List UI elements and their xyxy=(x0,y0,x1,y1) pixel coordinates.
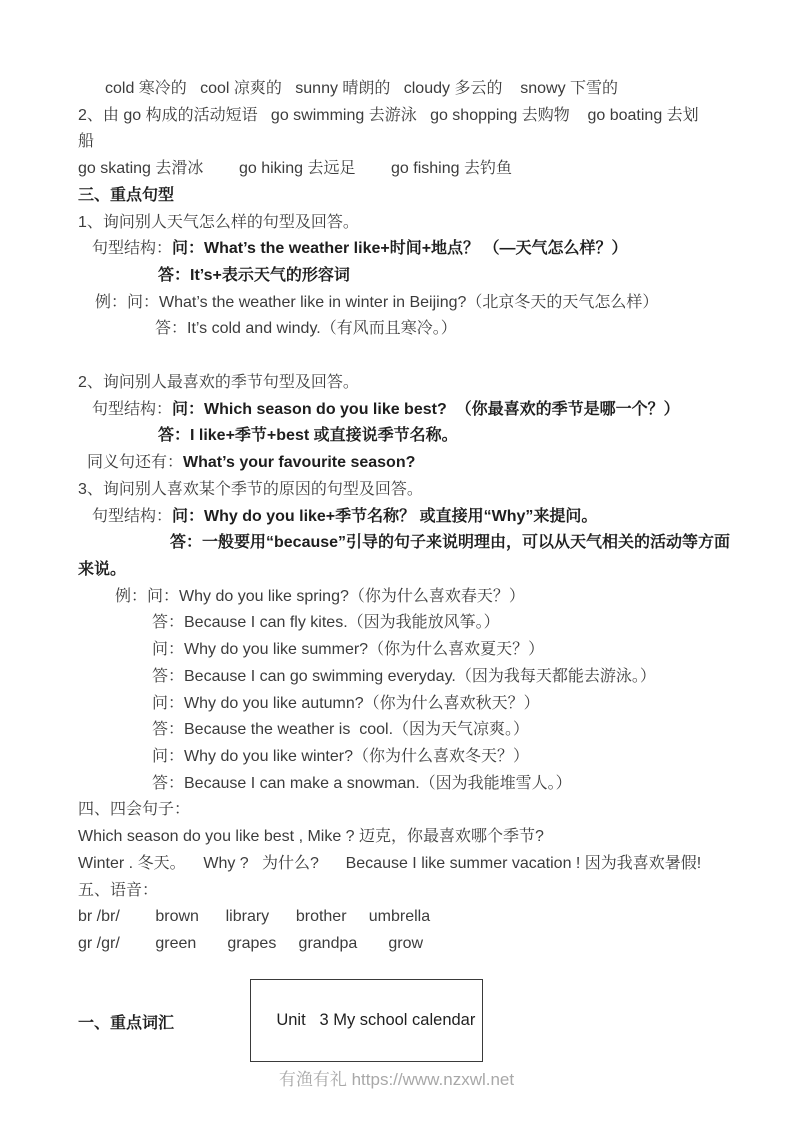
document-line: gr /gr/ green grapes grandpa grow xyxy=(0,931,793,958)
text-segment: 五、语音： xyxy=(78,882,158,899)
document-line: 答：I like+季节+best 或直接说季节名称。 xyxy=(0,423,793,450)
document-line: 三、重点句型 xyxy=(0,183,793,210)
document-line: 答：Because the weather is cool.（因为天气凉爽。） xyxy=(0,717,793,744)
document-line: cold 寒冷的 cool 凉爽的 sunny 晴朗的 cloudy 多云的 s… xyxy=(0,76,793,103)
document-lines: cold 寒冷的 cool 凉爽的 sunny 晴朗的 cloudy 多云的 s… xyxy=(0,76,793,958)
bold-text-segment: 答：一般要用“because”引导的句子来说明理由，可以从天气相关的活动等方面 xyxy=(170,534,730,551)
text-segment: 1、询问别人天气怎么样的句型及回答。 xyxy=(78,214,359,231)
bold-text-segment: 来说。 xyxy=(78,561,126,578)
text-segment: br /br/ brown library brother umbrella xyxy=(78,908,430,925)
document-page: cold 寒冷的 cool 凉爽的 sunny 晴朗的 cloudy 多云的 s… xyxy=(0,0,793,1122)
document-line: 问：Why do you like autumn?（你为什么喜欢秋天？） xyxy=(0,691,793,718)
document-line: 答：It’s cold and windy.（有风而且寒冷。） xyxy=(0,316,793,343)
document-line: 同义句还有：What’s your favourite season? xyxy=(0,450,793,477)
document-line: 答：一般要用“because”引导的句子来说明理由，可以从天气相关的活动等方面 xyxy=(0,530,793,557)
text-segment: 答：It’s cold and windy.（有风而且寒冷。） xyxy=(155,320,457,337)
text-segment: 问：Why do you like autumn?（你为什么喜欢秋天？） xyxy=(152,695,540,712)
text-segment: cold 寒冷的 cool 凉爽的 sunny 晴朗的 cloudy 多云的 s… xyxy=(105,80,618,97)
document-line: Which season do you like best , Mike ? 迈… xyxy=(0,824,793,851)
bold-text-segment: 三、重点句型 xyxy=(78,187,174,204)
document-line: 船 xyxy=(0,129,793,156)
document-line: 2、询问别人最喜欢的季节句型及回答。 xyxy=(0,370,793,397)
text-segment: 句型结构： xyxy=(92,240,172,257)
text-segment: 问：Why do you like summer?（你为什么喜欢夏天？） xyxy=(152,641,544,658)
bold-text-segment: 问：What’s the weather like+时间+地点？ （—天气怎么样… xyxy=(172,240,627,257)
document-line: 句型结构：问：What’s the weather like+时间+地点？ （—… xyxy=(0,236,793,263)
page-footer: 有渔有礼 https://www.nzxwl.net xyxy=(0,1068,793,1092)
text-segment: 答：Because I can go swimming everyday.（因为… xyxy=(152,668,656,685)
document-line: 2、由 go 构成的活动短语 go swimming 去游泳 go shoppi… xyxy=(0,103,793,130)
bold-text-segment: 答：I like+季节+best 或直接说季节名称。 xyxy=(158,427,458,444)
text-segment: 答：Because the weather is cool.（因为天气凉爽。） xyxy=(152,721,529,738)
document-line: go skating 去滑冰 go hiking 去远足 go fishing … xyxy=(0,156,793,183)
section-heading: 一、重点词汇 xyxy=(78,1011,174,1038)
text-segment: gr /gr/ green grapes grandpa grow xyxy=(78,935,423,952)
text-segment: 答：Because I can make a snowman.（因为我能堆雪人。… xyxy=(152,775,572,792)
document-line: 答：Because I can make a snowman.（因为我能堆雪人。… xyxy=(0,771,793,798)
text-segment: Winter . 冬天。 Why ? 为什么? Because I like s… xyxy=(78,855,701,872)
text-segment: 例：问：Why do you like spring?（你为什么喜欢春天？） xyxy=(115,588,525,605)
bold-text-segment: 答：It’s+表示天气的形容词 xyxy=(158,267,350,284)
bold-text-segment: 问：Why do you like+季节名称？ 或直接用“Why”来提问。 xyxy=(172,508,597,525)
text-segment: 2、由 go 构成的活动短语 go swimming 去游泳 go shoppi… xyxy=(78,107,699,124)
text-segment: Which season do you like best , Mike ? 迈… xyxy=(78,828,544,845)
unit-title-box: Unit 3 My school calendar xyxy=(250,979,483,1062)
text-segment: 船 xyxy=(78,133,94,150)
unit-title: Unit 3 My school calendar xyxy=(276,1011,475,1029)
text-segment: 四、四会句子： xyxy=(78,801,190,818)
document-line: 答：Because I can go swimming everyday.（因为… xyxy=(0,664,793,691)
bold-text-segment: 问：Which season do you like best? （你最喜欢的季… xyxy=(172,401,680,418)
document-line: 四、四会句子： xyxy=(0,797,793,824)
document-line: 答：Because I can fly kites.（因为我能放风筝。） xyxy=(0,610,793,637)
document-line: br /br/ brown library brother umbrella xyxy=(0,904,793,931)
document-line: 问：Why do you like summer?（你为什么喜欢夏天？） xyxy=(0,637,793,664)
text-segment: 句型结构： xyxy=(92,508,172,525)
document-line: 1、询问别人天气怎么样的句型及回答。 xyxy=(0,210,793,237)
text-segment: 3、询问别人喜欢某个季节的原因的句型及回答。 xyxy=(78,481,423,498)
document-line: 例：问：Why do you like spring?（你为什么喜欢春天？） xyxy=(0,584,793,611)
text-segment: 句型结构： xyxy=(92,401,172,418)
document-line: 句型结构：问：Why do you like+季节名称？ 或直接用“Why”来提… xyxy=(0,504,793,531)
document-line: 五、语音： xyxy=(0,878,793,905)
text-segment: 例：问：What’s the weather like in winter in… xyxy=(95,294,658,311)
document-line: 来说。 xyxy=(0,557,793,584)
bold-text-segment: What’s your favourite season? xyxy=(183,454,415,471)
text-segment: go skating 去滑冰 go hiking 去远足 go fishing … xyxy=(78,160,512,177)
document-line: 句型结构：问：Which season do you like best? （你… xyxy=(0,397,793,424)
document-line: 答：It’s+表示天气的形容词 xyxy=(0,263,793,290)
footer-watermark: 有渔有礼 https://www.nzxwl.net xyxy=(279,1070,514,1089)
text-segment: 2、询问别人最喜欢的季节句型及回答。 xyxy=(78,374,359,391)
text-segment: 同义句还有： xyxy=(87,454,183,471)
text-segment: 问：Why do you like winter?（你为什么喜欢冬天？） xyxy=(152,748,529,765)
text-segment: 答：Because I can fly kites.（因为我能放风筝。） xyxy=(152,614,500,631)
document-line: 问：Why do you like winter?（你为什么喜欢冬天？） xyxy=(0,744,793,771)
document-line: 例：问：What’s the weather like in winter in… xyxy=(0,290,793,317)
document-line xyxy=(0,343,793,370)
document-line: 3、询问别人喜欢某个季节的原因的句型及回答。 xyxy=(0,477,793,504)
document-line: Winter . 冬天。 Why ? 为什么? Because I like s… xyxy=(0,851,793,878)
